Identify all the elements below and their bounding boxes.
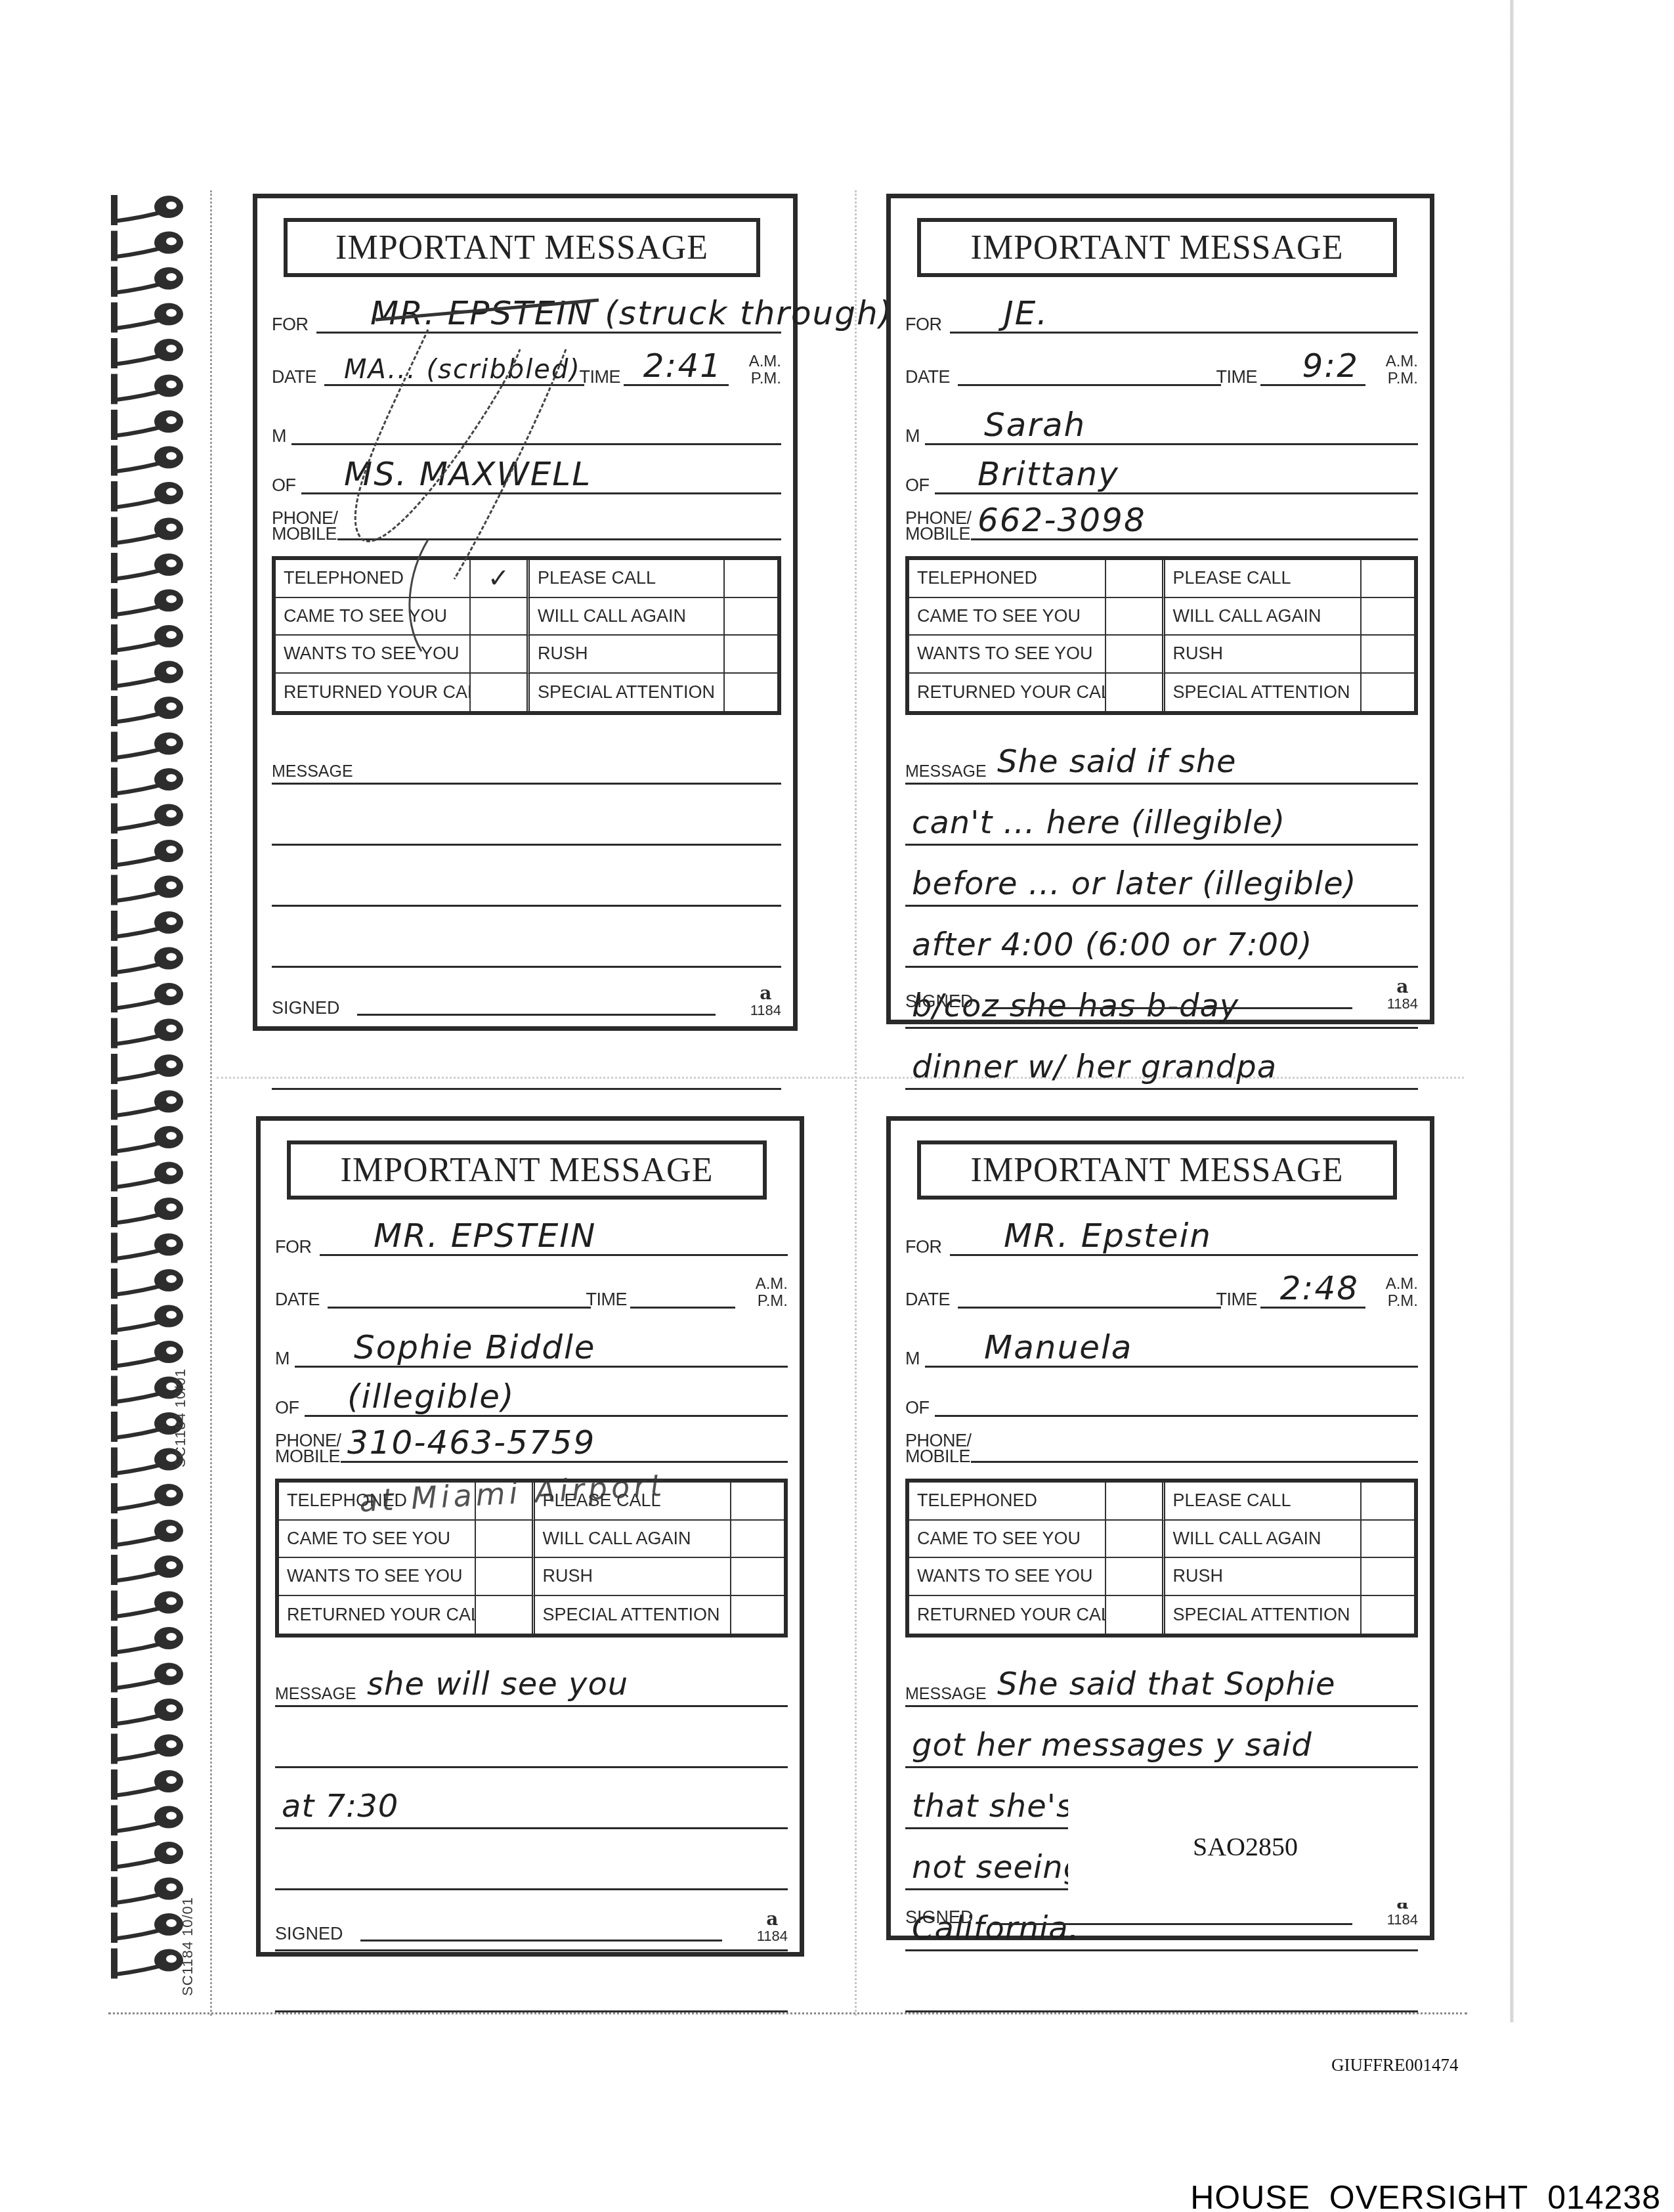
for-field: FOR MR. Epstein: [905, 1213, 1418, 1259]
message-text: She said that Sophie: [997, 1666, 1336, 1702]
checkbox-telephoned[interactable]: [1106, 560, 1165, 598]
message-line: [272, 1029, 781, 1090]
checkbox-please-call[interactable]: [1362, 560, 1414, 598]
time-label: TIME: [1216, 1290, 1258, 1310]
message-slip-bottom-left: IMPORTANT MESSAGE FOR MR. EPSTEIN DATE T…: [256, 1116, 804, 1957]
m-label: M: [272, 426, 286, 446]
checkbox-telephoned[interactable]: [476, 1483, 535, 1521]
message-line: MESSAGEshe will see you: [275, 1646, 788, 1707]
for-field: FOR JE.: [905, 290, 1418, 336]
page-fold-vertical: [855, 190, 857, 2016]
message-line: [272, 907, 781, 968]
checkbox-label: WILL CALL AGAIN: [1165, 598, 1362, 636]
date-time-field: DATE TIME 2:48 A.M. P.M.: [905, 1265, 1418, 1311]
phone-label: PHONE/ MOBILE: [905, 1433, 972, 1464]
perforation-line: [210, 190, 212, 2016]
message-text: before ... or later (illegible): [912, 865, 1356, 902]
caller-name-field: M Manuela: [905, 1324, 1418, 1370]
for-value: MR. EPSTEIN: [374, 1217, 596, 1255]
message-line: MESSAGEShe said if she: [905, 724, 1418, 785]
message-text: after 4:00 (6:00 or 7:00): [912, 926, 1312, 963]
checkbox-will-call-again[interactable]: [1362, 598, 1414, 636]
message-line: after 4:00 (6:00 or 7:00): [905, 907, 1418, 968]
signed-label: SIGNED: [275, 1924, 343, 1944]
checkbox-grid: TELEPHONEDPLEASE CALLCAME TO SEE YOUWILL…: [905, 556, 1418, 715]
bates-number-giuffre: GIUFFRE001474: [1331, 2055, 1459, 2075]
checkbox-will-call-again[interactable]: [1362, 1521, 1414, 1559]
of-value: (illegible): [347, 1377, 515, 1416]
message-line: can't ... here (illegible): [905, 785, 1418, 846]
adams-logo-icon: a: [1396, 976, 1408, 997]
checkbox-returned-your-call[interactable]: [476, 1596, 535, 1634]
am-pm-label: A.M. P.M.: [1386, 353, 1418, 387]
checkbox-please-call[interactable]: [1362, 1483, 1414, 1521]
caller-name-field: M Sarah: [905, 402, 1418, 448]
scan-edge: [1510, 0, 1514, 2022]
checkbox-grid: TELEPHONEDPLEASE CALLCAME TO SEE YOUWILL…: [905, 1479, 1418, 1637]
evidence-stamp: SAO2850: [1068, 1791, 1423, 1903]
signed-label: SIGNED: [905, 1907, 974, 1928]
m-label: M: [905, 1349, 920, 1369]
message-line: got her messages y said: [905, 1707, 1418, 1768]
checkbox-please-call[interactable]: [725, 560, 777, 598]
checkbox-special-attention[interactable]: [1362, 1596, 1414, 1634]
checkbox-label: TELEPHONED: [276, 560, 471, 598]
date-time-field: DATE TIME A.M. P.M.: [275, 1265, 788, 1311]
caller-name-field: M: [272, 402, 781, 448]
message-text: at 7:30: [282, 1788, 398, 1825]
time-label: TIME: [586, 1290, 628, 1310]
checkbox-rush[interactable]: [731, 1558, 784, 1596]
checkbox-label: PLEASE CALL: [535, 1483, 732, 1521]
message-text: She said if she: [997, 743, 1237, 780]
form-number: a 1184: [1387, 979, 1418, 1012]
checkbox-please-call[interactable]: [731, 1483, 784, 1521]
for-label: FOR: [272, 314, 309, 335]
checkbox-label: WANTS TO SEE YOU: [276, 636, 471, 674]
checkbox-special-attention[interactable]: [731, 1596, 784, 1634]
form-number: a 1184: [750, 986, 781, 1018]
adams-logo-icon: a: [766, 1908, 778, 1930]
checkbox-special-attention[interactable]: [1362, 674, 1414, 712]
date-label: DATE: [905, 367, 950, 387]
of-value: Brittany: [977, 455, 1119, 493]
checkbox-will-call-again[interactable]: [725, 598, 777, 636]
message-area: MESSAGE: [272, 724, 781, 1090]
checkbox-label: PLEASE CALL: [530, 560, 725, 598]
message-line: [272, 846, 781, 907]
message-line: [275, 1707, 788, 1768]
checkbox-label: PLEASE CALL: [1165, 560, 1362, 598]
message-area: MESSAGEShe said if shecan't ... here (il…: [905, 724, 1418, 1090]
phone-field: PHONE/ MOBILE: [272, 490, 781, 543]
message-area: MESSAGEshe will see youat 7:30: [275, 1646, 788, 2012]
checkbox-returned-your-call[interactable]: [471, 674, 530, 712]
checkbox-rush[interactable]: [1362, 1558, 1414, 1596]
check-mark-icon[interactable]: ✓: [471, 560, 530, 598]
checkbox-label: SPECIAL ATTENTION: [530, 674, 725, 712]
checkbox-label: SPECIAL ATTENTION: [535, 1596, 732, 1634]
checkbox-label: WANTS TO SEE YOU: [279, 1558, 476, 1596]
message-text: she will see you: [367, 1666, 628, 1702]
checkbox-wants-to-see-you[interactable]: [471, 636, 530, 674]
caller-name-value: Sarah: [984, 406, 1086, 444]
checkbox-label: SPECIAL ATTENTION: [1165, 1596, 1362, 1634]
time-label: TIME: [1216, 367, 1258, 387]
date-time-field: DATE MA... (scribbled) TIME 2:41 A.M. P.…: [272, 343, 781, 389]
of-value: MS. MAXWELL: [344, 455, 591, 493]
checkbox-label: RUSH: [530, 636, 725, 674]
checkbox-telephoned[interactable]: [1106, 1483, 1165, 1521]
for-value: MR. EPSTEIN (struck through): [370, 294, 893, 332]
checkbox-label: PLEASE CALL: [1165, 1483, 1362, 1521]
message-slip-bottom-right: IMPORTANT MESSAGE FOR MR. Epstein DATE T…: [886, 1116, 1434, 1940]
for-label: FOR: [905, 314, 942, 335]
signed-field: SIGNED a 1184: [272, 986, 781, 1018]
date-label: DATE: [272, 367, 316, 387]
form-title: IMPORTANT MESSAGE: [917, 1140, 1397, 1200]
adams-logo-icon: a: [760, 982, 771, 1004]
message-line: MESSAGE: [272, 724, 781, 785]
message-line: dinner w/ her grandpa: [905, 1029, 1418, 1090]
caller-name-value: Manuela: [984, 1328, 1132, 1366]
checkbox-label: RUSH: [1165, 1558, 1362, 1596]
checkbox-label: RETURNED YOUR CALL: [909, 674, 1106, 712]
message-line: [275, 1951, 788, 2012]
checkbox-label: WANTS TO SEE YOU: [909, 636, 1106, 674]
am-pm-label: A.M. P.M.: [749, 353, 781, 387]
checkbox-label: SPECIAL ATTENTION: [1165, 674, 1362, 712]
date-value: MA... (scribbled): [344, 355, 581, 385]
message-line: before ... or later (illegible): [905, 846, 1418, 907]
for-value: MR. Epstein: [1004, 1217, 1212, 1255]
phone-value: 310-463-5759: [347, 1423, 595, 1462]
message-line: at 7:30: [275, 1768, 788, 1829]
checkbox-returned-your-call[interactable]: [1106, 674, 1165, 712]
phone-label: PHONE/ MOBILE: [905, 510, 972, 542]
for-field: FOR MR. EPSTEIN (struck through): [272, 290, 781, 336]
phone-label: PHONE/ MOBILE: [272, 510, 338, 542]
signed-label: SIGNED: [272, 998, 340, 1018]
checkbox-label: TELEPHONED: [909, 1483, 1106, 1521]
date-time-field: DATE TIME 9:2 A.M. P.M.: [905, 343, 1418, 389]
phone-field: PHONE/ MOBILE: [905, 1413, 1418, 1465]
page-bottom-edge: [108, 2012, 1467, 2014]
message-slip-top-left: IMPORTANT MESSAGE FOR MR. EPSTEIN (struc…: [253, 194, 798, 1031]
checkbox-label: CAME TO SEE YOU: [909, 1521, 1106, 1559]
form-title: IMPORTANT MESSAGE: [917, 218, 1397, 277]
phone-label: PHONE/ MOBILE: [275, 1433, 341, 1464]
checkbox-label: RUSH: [535, 1558, 732, 1596]
checkbox-rush[interactable]: [725, 636, 777, 674]
message-line: [272, 785, 781, 846]
checkbox-grid: TELEPHONED✓PLEASE CALLCAME TO SEE YOUWIL…: [272, 556, 781, 715]
checkbox-wants-to-see-you[interactable]: [1106, 1558, 1165, 1596]
checkbox-came-to-see-you[interactable]: [1106, 1521, 1165, 1559]
checkbox-label: RETURNED YOUR CALL: [909, 1596, 1106, 1634]
form-title: IMPORTANT MESSAGE: [287, 1140, 767, 1200]
checkbox-came-to-see-you[interactable]: [1106, 598, 1165, 636]
am-pm-label: A.M. P.M.: [1386, 1276, 1418, 1310]
for-label: FOR: [905, 1237, 942, 1257]
m-label: M: [905, 426, 920, 446]
signed-field: SIGNED a 1184: [905, 979, 1418, 1012]
phone-field: PHONE/ MOBILE 662-3098: [905, 490, 1418, 543]
form-title: IMPORTANT MESSAGE: [284, 218, 760, 277]
binding-code: SC1184 10/01: [172, 1368, 189, 1467]
message-label: MESSAGE: [272, 762, 353, 781]
checkbox-will-call-again[interactable]: [731, 1521, 784, 1559]
signed-field: SIGNED a 1184: [275, 1911, 788, 1944]
checkbox-wants-to-see-you[interactable]: [1106, 636, 1165, 674]
date-label: DATE: [275, 1290, 320, 1310]
for-value: JE.: [1004, 294, 1048, 332]
spiral-binding-icon: [108, 194, 187, 2012]
time-value: 2:41: [643, 347, 722, 385]
message-label: MESSAGE: [905, 1685, 987, 1704]
checkbox-label: WILL CALL AGAIN: [530, 598, 725, 636]
phone-value: 662-3098: [977, 501, 1146, 539]
caller-name-value: Sophie Biddle: [354, 1328, 596, 1366]
message-text: got her messages y said: [912, 1727, 1312, 1764]
am-pm-label: A.M. P.M.: [756, 1276, 788, 1310]
checkbox-label: TELEPHONED: [909, 560, 1106, 598]
bates-number-oversight: HOUSE_OVERSIGHT_014238: [1190, 2179, 1661, 2212]
message-slip-top-right: IMPORTANT MESSAGE FOR JE. DATE TIME 9:2 …: [886, 194, 1434, 1024]
time-value: 9:2: [1302, 347, 1359, 385]
checkbox-label: TELEPHONED: [279, 1483, 476, 1521]
form-number: a 1184: [757, 1911, 788, 1944]
caller-name-field: M Sophie Biddle: [275, 1324, 788, 1370]
signed-label: SIGNED: [905, 991, 974, 1012]
checkbox-label: RETURNED YOUR CALL: [276, 674, 471, 712]
for-label: FOR: [275, 1237, 312, 1257]
checkbox-label: WILL CALL AGAIN: [535, 1521, 732, 1559]
time-label: TIME: [580, 367, 621, 387]
phone-field: PHONE/ MOBILE 310-463-5759: [275, 1413, 788, 1465]
for-field: FOR MR. EPSTEIN: [275, 1213, 788, 1259]
checkbox-label: WANTS TO SEE YOU: [909, 1558, 1106, 1596]
time-value: 2:48: [1280, 1269, 1359, 1307]
checkbox-rush[interactable]: [1362, 636, 1414, 674]
message-line: MESSAGEShe said that Sophie: [905, 1646, 1418, 1707]
date-label: DATE: [905, 1290, 950, 1310]
checkbox-label: CAME TO SEE YOU: [909, 598, 1106, 636]
m-label: M: [275, 1349, 290, 1369]
message-label: MESSAGE: [275, 1685, 356, 1704]
message-line: [905, 1951, 1418, 2012]
checkbox-label: CAME TO SEE YOU: [276, 598, 471, 636]
checkbox-grid: TELEPHONEDPLEASE CALLCAME TO SEE YOUWILL…: [275, 1479, 788, 1637]
checkbox-special-attention[interactable]: [725, 674, 777, 712]
checkbox-label: CAME TO SEE YOU: [279, 1521, 476, 1559]
message-line: [275, 1829, 788, 1890]
message-text: dinner w/ her grandpa: [912, 1049, 1277, 1085]
checkbox-returned-your-call[interactable]: [1106, 1596, 1165, 1634]
checkbox-label: RETURNED YOUR CALL: [279, 1596, 476, 1634]
message-text: can't ... here (illegible): [912, 804, 1285, 841]
message-label: MESSAGE: [905, 762, 987, 781]
checkbox-label: WILL CALL AGAIN: [1165, 1521, 1362, 1559]
checkbox-came-to-see-you[interactable]: [471, 598, 530, 636]
checkbox-wants-to-see-you[interactable]: [476, 1558, 535, 1596]
binding-code: SC1184 10/01: [179, 1897, 196, 1996]
checkbox-came-to-see-you[interactable]: [476, 1521, 535, 1559]
checkbox-label: RUSH: [1165, 636, 1362, 674]
